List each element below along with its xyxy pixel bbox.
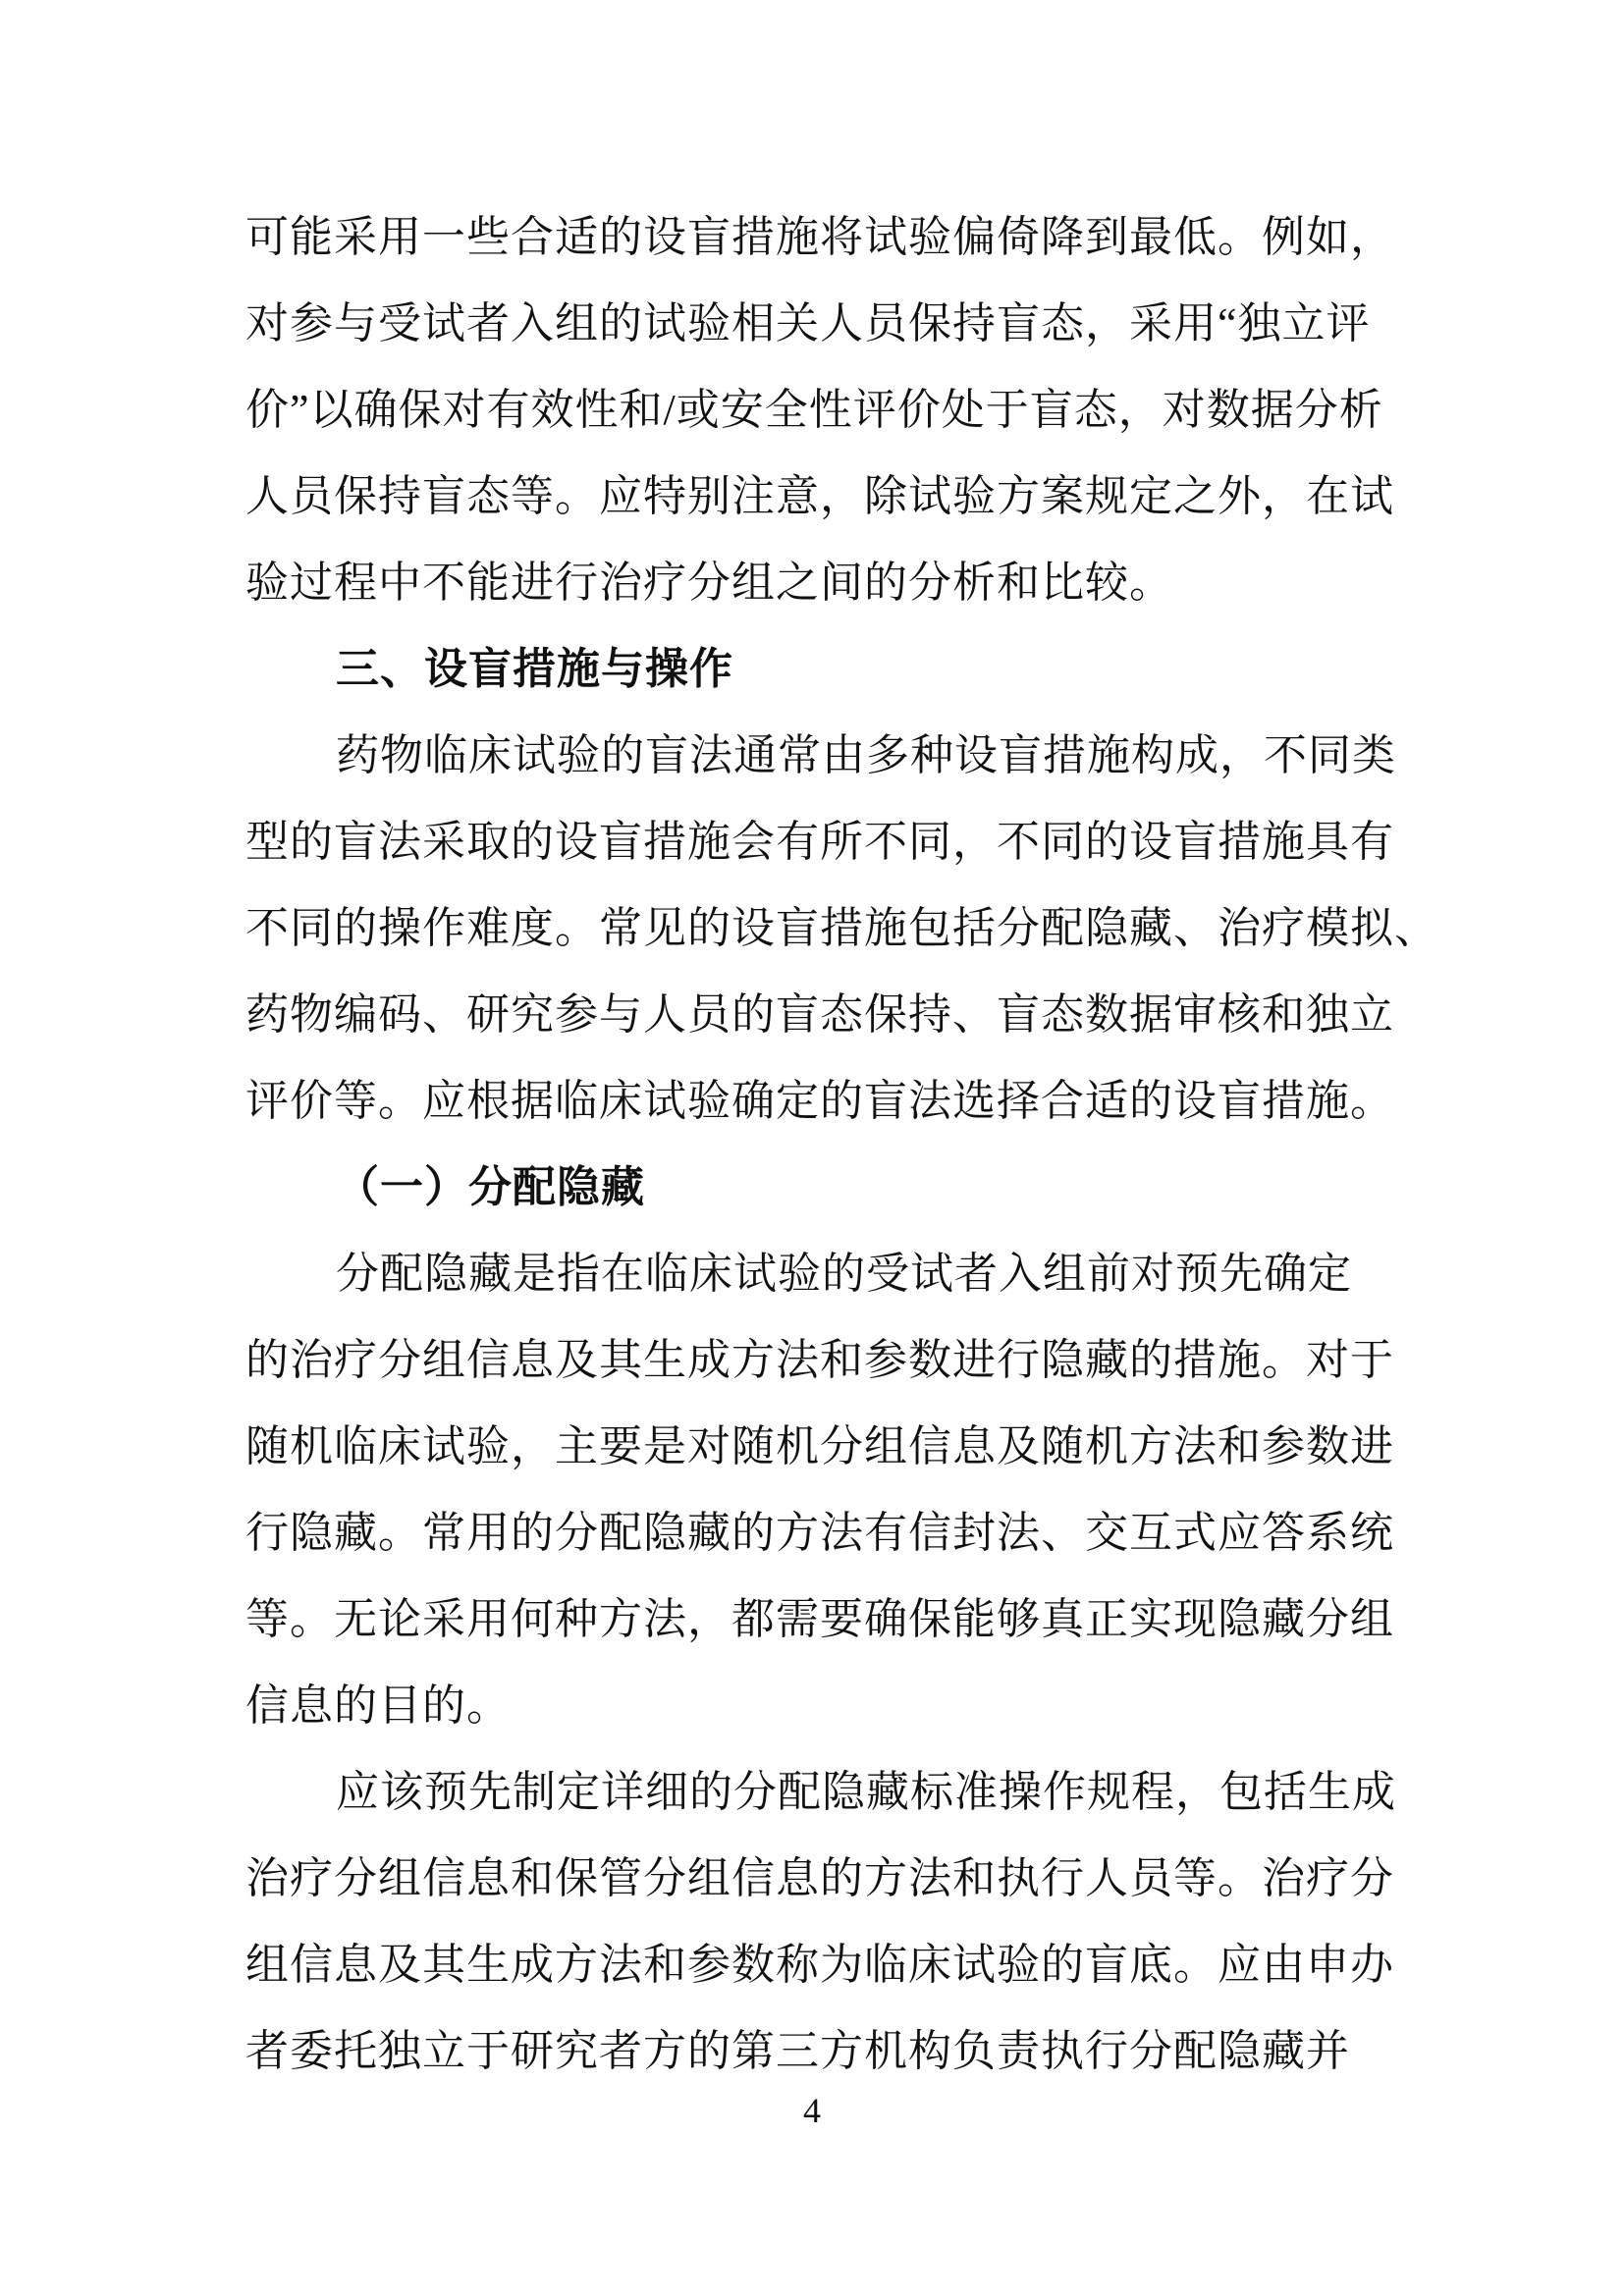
body-line: 验过程中不能进行治疗分组之间的分析和比较。 [245,540,1382,626]
body-line: 对参与受试者入组的试验相关人员保持盲态，采用“独立评 [245,281,1382,367]
body-line: 应该预先制定详细的分配隐藏标准操作规程，包括生成 [245,1749,1382,1836]
body-line: 药物临床试验的盲法通常由多种设盲措施构成，不同类 [245,713,1382,799]
body-line: 等。无论采用何种方法，都需要确保能够真正实现隐藏分组 [245,1576,1382,1663]
section-heading: 三、设盲措施与操作 [245,626,1382,713]
body-line: 行隐藏。常用的分配隐藏的方法有信封法、交互式应答系统 [245,1490,1382,1576]
body-line: 的治疗分组信息及其生成方法和参数进行隐藏的措施。对于 [245,1317,1382,1404]
body-line: 者委托独立于研究者方的第三方机构负责执行分配隐藏并 [245,2008,1382,2095]
body-line: 信息的目的。 [245,1663,1382,1749]
body-line: 价”以确保对有效性和/或安全性评价处于盲态，对数据分析 [245,367,1382,454]
body-line: 药物编码、研究参与人员的盲态保持、盲态数据审核和独立 [245,972,1382,1058]
body-line: 不同的操作难度。常见的设盲措施包括分配隐藏、治疗模拟、 [245,885,1382,972]
body-line: 评价等。应根据临床试验确定的盲法选择合适的设盲措施。 [245,1058,1382,1145]
body-line: 分配隐藏是指在临床试验的受试者入组前对预先确定 [245,1231,1382,1317]
document-page: 可能采用一些合适的设盲措施将试验偏倚降到最低。例如， 对参与受试者入组的试验相关… [0,0,1624,2296]
body-line: 人员保持盲态等。应特别注意，除试验方案规定之外，在试 [245,454,1382,540]
body-line: 随机临床试验，主要是对随机分组信息及随机方法和参数进 [245,1404,1382,1490]
text-block: 可能采用一些合适的设盲措施将试验偏倚降到最低。例如， 对参与受试者入组的试验相关… [245,194,1382,2095]
body-line: 组信息及其生成方法和参数称为临床试验的盲底。应由申办 [245,1922,1382,2008]
body-line: 型的盲法采取的设盲措施会有所不同，不同的设盲措施具有 [245,799,1382,885]
body-line: 可能采用一些合适的设盲措施将试验偏倚降到最低。例如， [245,194,1382,281]
page-number: 4 [0,2089,1624,2132]
body-line: 治疗分组信息和保管分组信息的方法和执行人员等。治疗分 [245,1836,1382,1922]
subsection-heading: （一）分配隐藏 [245,1145,1382,1231]
